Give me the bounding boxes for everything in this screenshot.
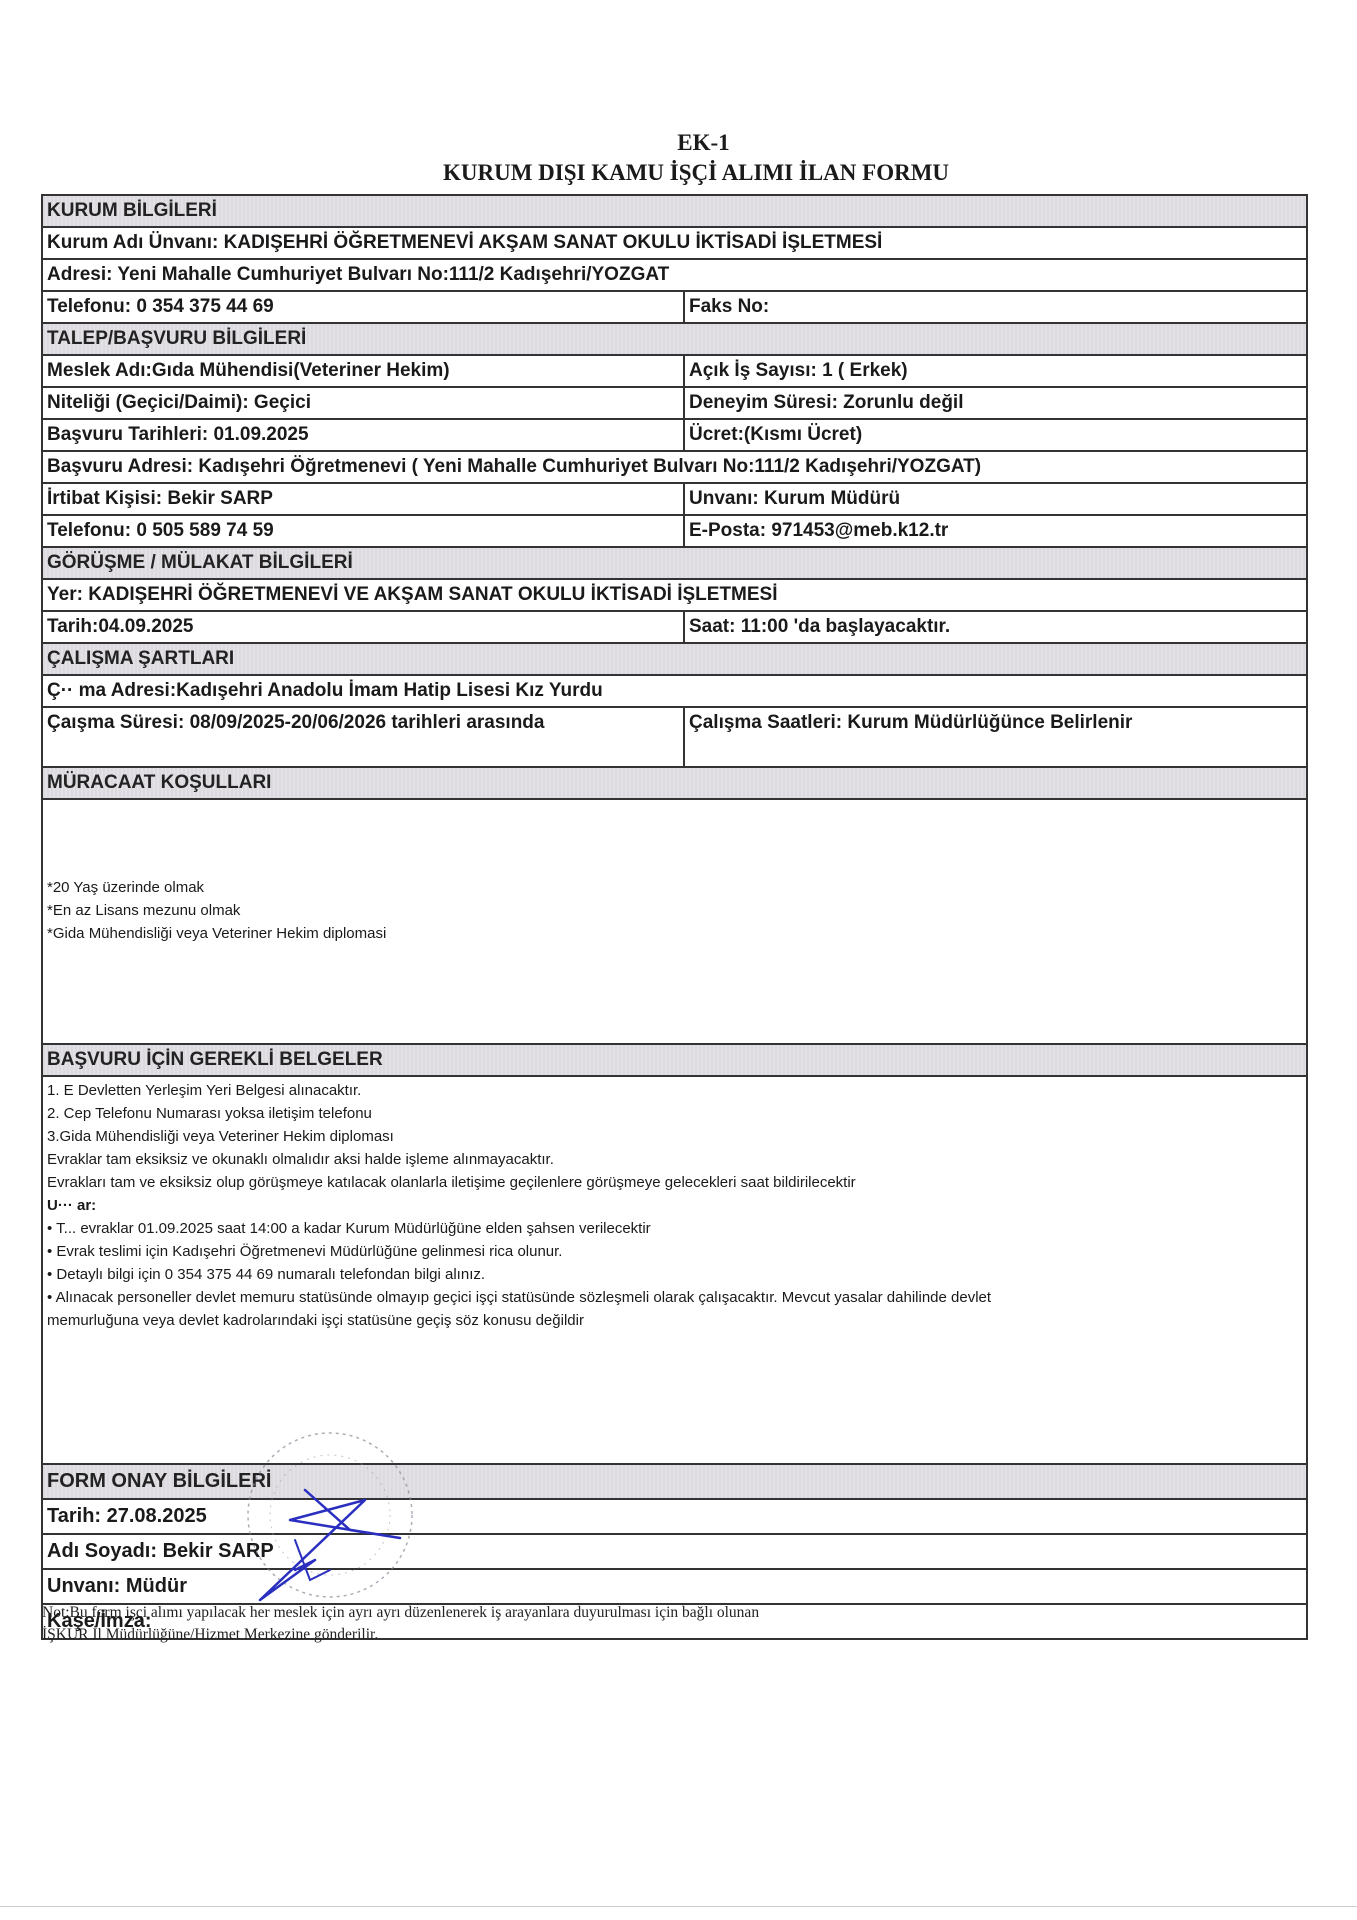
interview-time: Saat: 11:00 'da başlayacaktır. bbox=[685, 612, 1306, 642]
required-documents: 1. E Devletten Yerleşim Yeri Belgesi alı… bbox=[43, 1077, 1306, 1465]
interview-place: Yer: KADIŞEHRİ ÖĞRETMENEVİ VE AKŞAM SANA… bbox=[43, 580, 1306, 610]
field-row: Tarih: 27.08.2025 bbox=[43, 1500, 1306, 1535]
notes-heading: U··· ar: bbox=[47, 1194, 1302, 1217]
field-row: İrtibat Kişisi: Bekir SARP Unvanı: Kurum… bbox=[43, 484, 1306, 516]
section-title: BAŞVURU İÇİN GEREKLİ BELGELER bbox=[43, 1045, 1306, 1075]
work-period: Çaışma Süresi: 08/09/2025-20/06/2026 tar… bbox=[43, 708, 685, 766]
condition-item: *Gida Mühendisliği veya Veteriner Hekim … bbox=[47, 922, 1302, 945]
section-title: KURUM BİLGİLERİ bbox=[43, 196, 1306, 226]
field-row: Unvanı: Müdür bbox=[43, 1570, 1306, 1605]
contact-phone: Telefonu: 0 505 589 74 59 bbox=[43, 516, 685, 546]
document-line: Evraklar tam eksiksiz ve okunaklı olmalı… bbox=[47, 1148, 1302, 1171]
application-conditions: *20 Yaş üzerinde olmak *En az Lisans mez… bbox=[43, 800, 1306, 1045]
section-calisma-header: ÇALIŞMA ŞARTLARI bbox=[43, 644, 1306, 676]
scan-edge-divider bbox=[0, 1906, 1357, 1907]
document-line: memurluğuna veya devlet kadrolarındaki i… bbox=[47, 1309, 1302, 1332]
approval-date: Tarih: 27.08.2025 bbox=[43, 1500, 1306, 1533]
contact-person: İrtibat Kişisi: Bekir SARP bbox=[43, 484, 685, 514]
field-row: Tarih:04.09.2025 Saat: 11:00 'da başlaya… bbox=[43, 612, 1306, 644]
annex-label: EK-1 bbox=[0, 128, 1357, 158]
job-posting-form: KURUM BİLGİLERİ Kurum Adı Ünvanı: KADIŞE… bbox=[41, 194, 1308, 1640]
section-talep-header: TALEP/BAŞVURU BİLGİLERİ bbox=[43, 324, 1306, 356]
institution-address: Adresi: Yeni Mahalle Cumhuriyet Bulvarı … bbox=[43, 260, 1306, 290]
field-row: Telefonu: 0 505 589 74 59 E-Posta: 97145… bbox=[43, 516, 1306, 548]
document-line: 3.Gida Mühendisliği veya Veteriner Hekim… bbox=[47, 1125, 1302, 1148]
document-line: • Evrak teslimi için Kadışehri Öğretmene… bbox=[47, 1240, 1302, 1263]
section-belgeler-header: BAŞVURU İÇİN GEREKLİ BELGELER bbox=[43, 1045, 1306, 1077]
section-title: GÖRÜŞME / MÜLAKAT BİLGİLERİ bbox=[43, 548, 1306, 578]
section-muracaat-header: MÜRACAAT KOŞULLARI bbox=[43, 768, 1306, 800]
institution-name: Kurum Adı Ünvanı: KADIŞEHRİ ÖĞRETMENEVİ … bbox=[43, 228, 1306, 258]
section-onay-header: FORM ONAY BİLGİLERİ bbox=[43, 1465, 1306, 1500]
field-row: Çaışma Süresi: 08/09/2025-20/06/2026 tar… bbox=[43, 708, 1306, 768]
contact-title: Unvanı: Kurum Müdürü bbox=[685, 484, 1306, 514]
contact-email: E-Posta: 971453@meb.k12.tr bbox=[685, 516, 1306, 546]
section-kurum-header: KURUM BİLGİLERİ bbox=[43, 194, 1306, 228]
form-title-block: EK-1 KURUM DIŞI KAMU İŞÇİ ALIMI İLAN FOR… bbox=[0, 128, 1357, 188]
field-row: Adresi: Yeni Mahalle Cumhuriyet Bulvarı … bbox=[43, 260, 1306, 292]
wage: Ücret:(Kısmı Ücret) bbox=[685, 420, 1306, 450]
document-line: 2. Cep Telefonu Numarası yoksa iletişim … bbox=[47, 1102, 1302, 1125]
experience: Deneyim Süresi: Zorunlu değil bbox=[685, 388, 1306, 418]
condition-item: *En az Lisans mezunu olmak bbox=[47, 899, 1302, 922]
field-row: Adı Soyadı: Bekir SARP bbox=[43, 1535, 1306, 1570]
application-dates: Başvuru Tarihleri: 01.09.2025 bbox=[43, 420, 685, 450]
job-nature: Niteliği (Geçici/Daimi): Geçici bbox=[43, 388, 685, 418]
work-address: Ç·· ma Adresi:Kadışehri Anadolu İmam Hat… bbox=[43, 676, 1306, 706]
approver-name: Adı Soyadı: Bekir SARP bbox=[43, 1535, 1306, 1568]
institution-phone: Telefonu: 0 354 375 44 69 bbox=[43, 292, 685, 322]
form-title: KURUM DIŞI KAMU İŞÇİ ALIMI İLAN FORMU bbox=[0, 158, 1357, 188]
approver-title: Unvanı: Müdür bbox=[43, 1570, 1306, 1603]
condition-item: *20 Yaş üzerinde olmak bbox=[47, 876, 1302, 899]
occupation: Meslek Adı:Gıda Mühendisi(Veteriner Heki… bbox=[43, 356, 685, 386]
open-positions: Açık İş Sayısı: 1 ( Erkek) bbox=[685, 356, 1306, 386]
application-address: Başvuru Adresi: Kadışehri Öğretmenevi ( … bbox=[43, 452, 1306, 482]
field-row: Kurum Adı Ünvanı: KADIŞEHRİ ÖĞRETMENEVİ … bbox=[43, 228, 1306, 260]
interview-date: Tarih:04.09.2025 bbox=[43, 612, 685, 642]
section-title: TALEP/BAŞVURU BİLGİLERİ bbox=[43, 324, 1306, 354]
section-title: FORM ONAY BİLGİLERİ bbox=[43, 1465, 1306, 1498]
note-line: Not:Bu form işçi alımı yapılacak her mes… bbox=[42, 1602, 759, 1624]
document-line: • T... evraklar 01.09.2025 saat 14:00 a … bbox=[47, 1217, 1302, 1240]
field-row: Meslek Adı:Gıda Mühendisi(Veteriner Heki… bbox=[43, 356, 1306, 388]
note-line: İŞKUR İl Müdürlüğüne/Hizmet Merkezine gö… bbox=[42, 1624, 759, 1646]
footer-note: Not:Bu form işçi alımı yapılacak her mes… bbox=[42, 1602, 759, 1646]
field-row: Ç·· ma Adresi:Kadışehri Anadolu İmam Hat… bbox=[43, 676, 1306, 708]
field-row: Telefonu: 0 354 375 44 69 Faks No: bbox=[43, 292, 1306, 324]
section-title: MÜRACAAT KOŞULLARI bbox=[43, 768, 1306, 798]
field-row: Başvuru Adresi: Kadışehri Öğretmenevi ( … bbox=[43, 452, 1306, 484]
document-line: 1. E Devletten Yerleşim Yeri Belgesi alı… bbox=[47, 1079, 1302, 1102]
document-line: • Detaylı bilgi için 0 354 375 44 69 num… bbox=[47, 1263, 1302, 1286]
document-line: • Alınacak personeller devlet memuru sta… bbox=[47, 1286, 1302, 1309]
field-row: Yer: KADIŞEHRİ ÖĞRETMENEVİ VE AKŞAM SANA… bbox=[43, 580, 1306, 612]
work-hours: Çalışma Saatleri: Kurum Müdürlüğünce Bel… bbox=[685, 708, 1306, 766]
section-title: ÇALIŞMA ŞARTLARI bbox=[43, 644, 1306, 674]
institution-fax: Faks No: bbox=[685, 292, 1306, 322]
field-row: Başvuru Tarihleri: 01.09.2025 Ücret:(Kıs… bbox=[43, 420, 1306, 452]
document-line: Evrakları tam ve eksiksiz olup görüşmeye… bbox=[47, 1171, 1302, 1194]
field-row: Niteliği (Geçici/Daimi): Geçici Deneyim … bbox=[43, 388, 1306, 420]
section-gorusme-header: GÖRÜŞME / MÜLAKAT BİLGİLERİ bbox=[43, 548, 1306, 580]
